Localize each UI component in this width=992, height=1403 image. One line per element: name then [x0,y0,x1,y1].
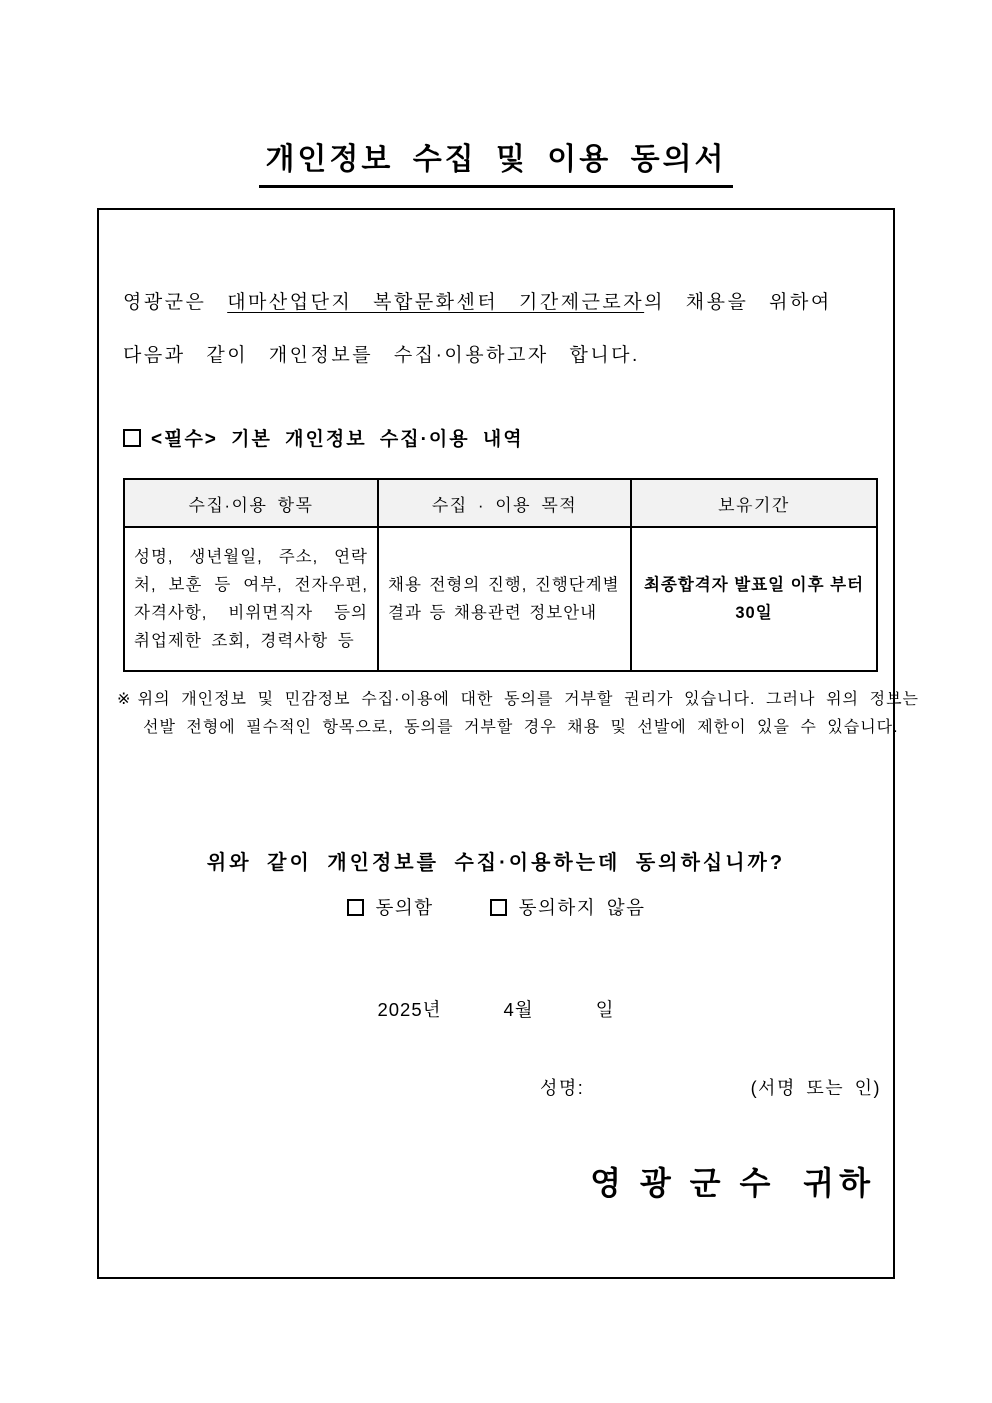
date-year: 2025년 [377,996,441,1022]
notice-paragraph: ※위의 개인정보 및 민감정보 수집·이용에 대한 동의를 거부할 권리가 있습… [117,686,919,742]
column-header-purpose: 수집 · 이용 목적 [378,479,631,527]
page-title: 개인정보 수집 및 이용 동의서 [0,134,992,188]
intro-underlined-text: 대마산업단지 복합문화센터 기간제근로자 [227,292,644,313]
cell-purpose: 채용 전형의 진행, 진행단계별 결과 등 채용관련 정보안내 [378,527,631,671]
intro-line-2: 다음과 같이 개인정보를 수집·이용하고자 합니다. [123,329,875,382]
consent-options: 동의함 동의하지 않음 [99,894,893,920]
section-title: <필수> 기본 개인정보 수집·이용 내역 [151,429,524,450]
section-heading: <필수> 기본 개인정보 수집·이용 내역 [123,424,524,451]
column-header-retention: 보유기간 [631,479,877,527]
cell-collected-items: 성명, 생년월일, 주소, 연락처, 보훈 등 여부, 전자우편, 자격사항, … [124,527,378,671]
reference-mark-icon: ※ [117,691,132,708]
agree-checkbox-icon[interactable] [347,899,364,916]
agree-option[interactable]: 동의함 [347,894,434,920]
form-border-box: 영광군은 대마산업단지 복합문화센터 기간제근로자의 채용을 위하여 다음과 같… [97,208,895,1279]
notice-text: 위의 개인정보 및 민감정보 수집·이용에 대한 동의를 거부할 권리가 있습니… [138,691,919,736]
agree-label: 동의함 [376,897,434,918]
signature-line: 성명: (서명 또는 인) [99,1074,893,1104]
consent-table: 수집·이용 항목 수집 · 이용 목적 보유기간 성명, 생년월일, 주소, 연… [123,478,878,672]
intro-paragraph: 영광군은 대마산업단지 복합문화센터 기간제근로자의 채용을 위하여 다음과 같… [123,276,875,382]
cell-retention-period: 최종합격자 발표일 이후 부터 30일 [631,527,877,671]
sign-or-seal-note: (서명 또는 인) [751,1074,881,1100]
date-day: 일 [596,996,615,1022]
intro-prefix: 영광군은 [123,292,206,313]
consent-question: 위와 같이 개인정보를 수집·이용하는데 동의하십니까? [99,846,893,875]
recipient-line: 영 광 군 수 귀하 [590,1158,875,1204]
table-header-row: 수집·이용 항목 수집 · 이용 목적 보유기간 [124,479,877,527]
date-line: 2025년 4월 일 [99,996,893,1022]
date-month: 4월 [503,996,533,1022]
table-row: 성명, 생년월일, 주소, 연락처, 보훈 등 여부, 전자우편, 자격사항, … [124,527,877,671]
page-title-text: 개인정보 수집 및 이용 동의서 [259,134,732,188]
disagree-checkbox-icon[interactable] [490,899,507,916]
section-checkbox-icon[interactable] [123,429,141,447]
name-label: 성명: [540,1074,584,1100]
disagree-option[interactable]: 동의하지 않음 [490,894,646,920]
disagree-label: 동의하지 않음 [519,897,646,918]
column-header-items: 수집·이용 항목 [124,479,378,527]
intro-suffix: 의 채용을 위하여 [644,292,832,313]
intro-line-1: 영광군은 대마산업단지 복합문화센터 기간제근로자의 채용을 위하여 [123,276,875,329]
document-page: 개인정보 수집 및 이용 동의서 영광군은 대마산업단지 복합문화센터 기간제근… [0,0,992,1403]
